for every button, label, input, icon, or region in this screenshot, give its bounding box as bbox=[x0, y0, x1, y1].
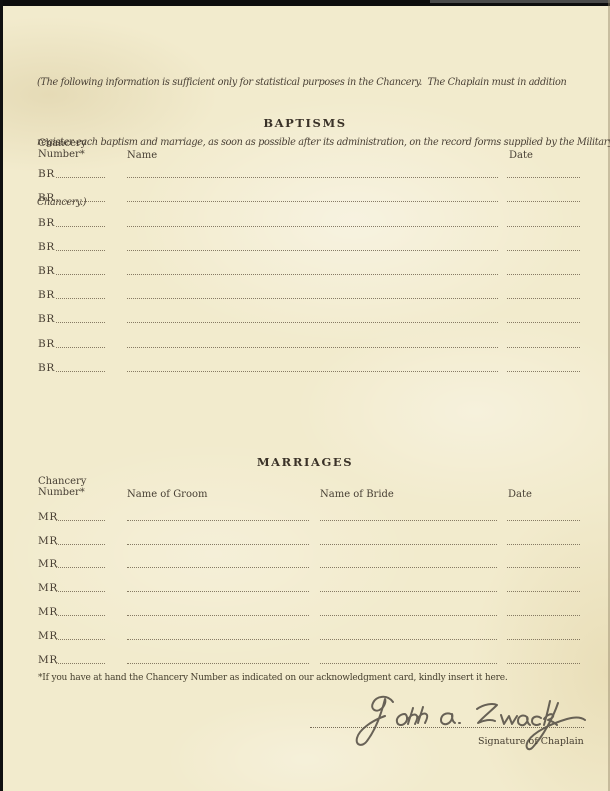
date-blank bbox=[507, 663, 580, 664]
date-blank bbox=[507, 250, 580, 251]
groom-name-blank bbox=[127, 663, 309, 664]
chancery-number-blank bbox=[56, 201, 105, 202]
baptism-row: BR bbox=[0, 157, 610, 181]
scan-top-edge bbox=[0, 0, 610, 6]
chancery-number-prefix: MR bbox=[38, 511, 58, 523]
chancery-number-blank bbox=[56, 177, 105, 178]
signature-caption: Signature of Chaplain bbox=[478, 736, 584, 747]
name-blank bbox=[127, 177, 498, 178]
chancery-number-blank bbox=[56, 347, 105, 348]
chancery-header-line1: Chancery bbox=[38, 477, 86, 488]
baptisms-section-title: BAPTISMS bbox=[0, 116, 610, 130]
chancery-number-blank bbox=[56, 615, 105, 616]
chancery-number-prefix: BR bbox=[38, 168, 55, 180]
groom-name-blank bbox=[127, 591, 309, 592]
chancery-number-prefix: BR bbox=[38, 217, 55, 229]
name-blank bbox=[127, 250, 498, 251]
bride-name-blank bbox=[320, 520, 497, 521]
date-blank bbox=[507, 322, 580, 323]
chancery-number-prefix: BR bbox=[38, 338, 55, 350]
chancery-number-blank bbox=[56, 274, 105, 275]
scanned-chaplain-report-form: (The following information is sufficient… bbox=[0, 0, 610, 791]
chancery-number-blank bbox=[56, 250, 105, 251]
bride-name-blank bbox=[320, 639, 497, 640]
groom-name-blank bbox=[127, 615, 309, 616]
marriages-rows: MR MR MR MR bbox=[0, 500, 610, 667]
marriages-groom-header: Name of Groom bbox=[127, 489, 207, 500]
marriage-row: MR bbox=[0, 524, 610, 548]
marriage-row: MR bbox=[0, 500, 610, 524]
marriage-row: MR bbox=[0, 548, 610, 572]
chancery-number-blank bbox=[56, 567, 105, 568]
date-blank bbox=[507, 615, 580, 616]
date-blank bbox=[507, 347, 580, 348]
baptism-row: BR bbox=[0, 230, 610, 254]
bride-name-blank bbox=[320, 567, 497, 568]
groom-name-blank bbox=[127, 639, 309, 640]
bride-name-blank bbox=[320, 615, 497, 616]
chancery-number-prefix: MR bbox=[38, 630, 58, 642]
chancery-number-blank bbox=[56, 639, 105, 640]
intro-line: (The following information is sufficient… bbox=[37, 73, 610, 93]
chancery-number-prefix: MR bbox=[38, 558, 58, 570]
bride-name-blank bbox=[320, 544, 497, 545]
name-blank bbox=[127, 274, 498, 275]
chancery-number-blank bbox=[56, 298, 105, 299]
chancery-number-prefix: MR bbox=[38, 654, 58, 666]
groom-name-blank bbox=[127, 567, 309, 568]
marriage-row: MR bbox=[0, 643, 610, 667]
bride-name-blank bbox=[320, 663, 497, 664]
name-blank bbox=[127, 226, 498, 227]
chancery-header-line2: Number* bbox=[38, 488, 86, 499]
groom-name-blank bbox=[127, 544, 309, 545]
chancery-number-footnote: *If you have at hand the Chancery Number… bbox=[38, 673, 507, 683]
date-blank bbox=[507, 274, 580, 275]
chancery-number-prefix: MR bbox=[38, 535, 58, 547]
date-blank bbox=[507, 177, 580, 178]
baptism-row: BR bbox=[0, 181, 610, 205]
scan-edge-artifact bbox=[430, 0, 610, 3]
chancery-number-prefix: BR bbox=[38, 362, 55, 374]
baptism-row: BR bbox=[0, 302, 610, 326]
baptism-row: BR bbox=[0, 326, 610, 350]
chancery-header-line1: Chancery bbox=[38, 139, 86, 150]
date-blank bbox=[507, 201, 580, 202]
marriages-section-title: MARRIAGES bbox=[0, 455, 610, 469]
date-blank bbox=[507, 639, 580, 640]
marriage-row: MR bbox=[0, 619, 610, 643]
chancery-number-prefix: BR bbox=[38, 241, 55, 253]
chancery-number-blank bbox=[56, 226, 105, 227]
baptism-row: BR bbox=[0, 205, 610, 229]
marriage-row: MR bbox=[0, 571, 610, 595]
date-blank bbox=[507, 226, 580, 227]
chancery-number-prefix: BR bbox=[38, 313, 55, 325]
name-blank bbox=[127, 298, 498, 299]
marriages-bride-header: Name of Bride bbox=[320, 489, 394, 500]
date-blank bbox=[507, 591, 580, 592]
chancery-number-blank bbox=[56, 591, 105, 592]
date-blank bbox=[507, 298, 580, 299]
marriages-date-header: Date bbox=[508, 489, 532, 500]
marriages-chancery-number-header: Chancery Number* bbox=[38, 477, 86, 498]
chancery-number-blank bbox=[56, 322, 105, 323]
chancery-number-prefix: MR bbox=[38, 606, 58, 618]
name-blank bbox=[127, 322, 498, 323]
name-blank bbox=[127, 201, 498, 202]
baptism-row: BR bbox=[0, 351, 610, 375]
chancery-number-prefix: BR bbox=[38, 265, 55, 277]
chancery-number-blank bbox=[56, 520, 105, 521]
bride-name-blank bbox=[320, 591, 497, 592]
chancery-number-prefix: BR bbox=[38, 289, 55, 301]
date-blank bbox=[507, 544, 580, 545]
chancery-number-prefix: MR bbox=[38, 582, 58, 594]
baptism-row: BR bbox=[0, 254, 610, 278]
name-blank bbox=[127, 347, 498, 348]
groom-name-blank bbox=[127, 520, 309, 521]
baptism-row: BR bbox=[0, 278, 610, 302]
date-blank bbox=[507, 520, 580, 521]
chancery-number-blank bbox=[56, 544, 105, 545]
chancery-number-blank bbox=[56, 663, 105, 664]
marriage-row: MR bbox=[0, 595, 610, 619]
baptisms-rows: BR BR BR BR bbox=[0, 157, 610, 375]
date-blank bbox=[507, 567, 580, 568]
chancery-number-prefix: BR bbox=[38, 192, 55, 204]
name-blank bbox=[127, 371, 498, 372]
date-blank bbox=[507, 371, 580, 372]
chancery-number-blank bbox=[56, 371, 105, 372]
